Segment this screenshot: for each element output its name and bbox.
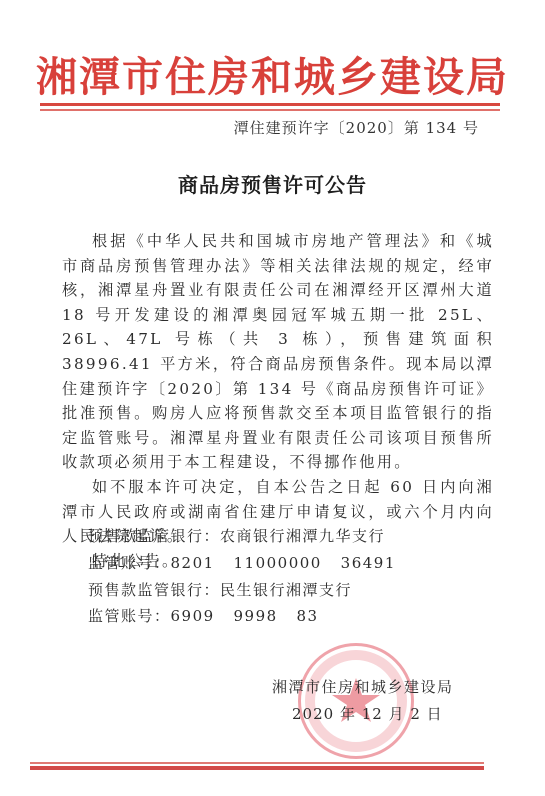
footer-rule-thick — [30, 766, 484, 770]
bank-label: 预售款监管银行： — [88, 527, 220, 545]
supervision-accounts: 预售款监管银行：农商银行湘潭九华支行 监管账号：8201 11000000 36… — [88, 523, 396, 630]
account-value: 6909 9998 83 — [171, 607, 319, 625]
header-rule-thick — [40, 103, 500, 106]
signature-organization: 湘潭市住房和城乡建设局 — [272, 676, 454, 698]
signature-date: 2020 年 12 月 2 日 — [292, 703, 443, 725]
document-number: 潭住建预许字〔2020〕第 134 号 — [234, 118, 479, 138]
account-label: 监管账号： — [88, 607, 171, 625]
header-rule-thin — [40, 109, 500, 111]
notice-body: 根据《中华人民共和国城市房地产管理法》和《城市商品房预售管理办法》等相关法律法规… — [62, 229, 494, 573]
supervision-row: 预售款监管银行：农商银行湘潭九华支行 — [88, 523, 396, 550]
supervision-row: 预售款监管银行：民生银行湘潭支行 — [88, 577, 396, 604]
supervision-row: 监管账号：6909 9998 83 — [88, 603, 396, 630]
account-value: 8201 11000000 36491 — [171, 554, 396, 572]
footer-rule-thin — [30, 762, 484, 764]
supervision-row: 监管账号：8201 11000000 36491 — [88, 550, 396, 577]
bank-label: 预售款监管银行： — [88, 581, 220, 599]
paragraph-approval: 根据《中华人民共和国城市房地产管理法》和《城市商品房预售管理办法》等相关法律法规… — [62, 229, 494, 475]
notice-title: 商品房预售许可公告 — [0, 171, 545, 199]
bank-value: 农商银行湘潭九华支行 — [220, 527, 385, 545]
official-seal-icon — [298, 643, 414, 759]
issuing-authority-title: 湘潭市住房和城乡建设局 — [0, 52, 545, 102]
seal-star-icon — [301, 646, 411, 756]
bank-value: 民生银行湘潭支行 — [220, 581, 352, 599]
account-label: 监管账号： — [88, 554, 171, 572]
